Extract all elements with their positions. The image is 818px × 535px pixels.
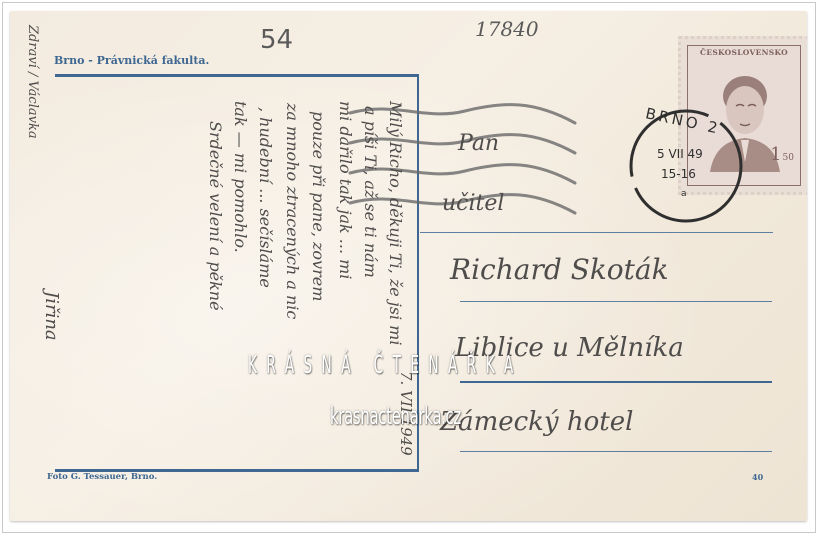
postmark-date: 5 VII 49 bbox=[657, 147, 703, 161]
card-number: 40 bbox=[752, 472, 763, 482]
postcard: Brno - Právnická fakulta. Foto G. Tessau… bbox=[10, 11, 807, 521]
address-line-4 bbox=[460, 451, 772, 452]
postmark-code: a bbox=[681, 189, 687, 199]
message-line: za mnoho ztracených a nic bbox=[283, 103, 302, 319]
address-title: učitel bbox=[442, 191, 504, 216]
address-line-1 bbox=[420, 232, 773, 233]
message-line: , hudební ... sečísláme bbox=[256, 107, 275, 288]
postmark: BRNO 2 5 VII 49 15-16 a bbox=[627, 107, 745, 225]
message-line: a píši Ti, až se ti nám bbox=[361, 106, 380, 278]
signature: Jiřina bbox=[41, 291, 62, 341]
address-salutation: Pan bbox=[458, 131, 499, 156]
message-line: Milý Richo, děkuji Ti, že jsi mi bbox=[386, 101, 405, 345]
message-line: tak — mi pomohlo. bbox=[231, 101, 250, 253]
pencil-note-number: 54 bbox=[260, 25, 293, 55]
address-line-2 bbox=[460, 301, 772, 302]
watermark-title: KRÁSNÁ ČTENÁŘKA bbox=[248, 350, 523, 379]
address-line-3 bbox=[460, 381, 772, 383]
printed-title: Brno - Právnická fakulta. bbox=[54, 54, 209, 67]
watermark-url: krasnactenarka.cz bbox=[330, 402, 461, 430]
postmark-time: 15-16 bbox=[661, 167, 696, 181]
address-name: Richard Skoták bbox=[450, 253, 669, 286]
message-line: mi dařilo tak jak ... mi bbox=[336, 101, 355, 279]
message-line: pouze při pane, zovrem bbox=[309, 111, 328, 301]
address-street: Zámecký hotel bbox=[440, 407, 633, 437]
side-note: Zdraví / Václavka bbox=[25, 25, 40, 139]
photo-credit: Foto G. Tessauer, Brno. bbox=[47, 472, 157, 482]
stamp-country: ČESKOSLOVENSKO bbox=[688, 48, 800, 57]
message-line: Srdečné velení a pěkné bbox=[206, 121, 225, 311]
pencil-note-catalog: 17840 bbox=[475, 17, 539, 41]
stamp-value: 150 bbox=[770, 144, 794, 165]
